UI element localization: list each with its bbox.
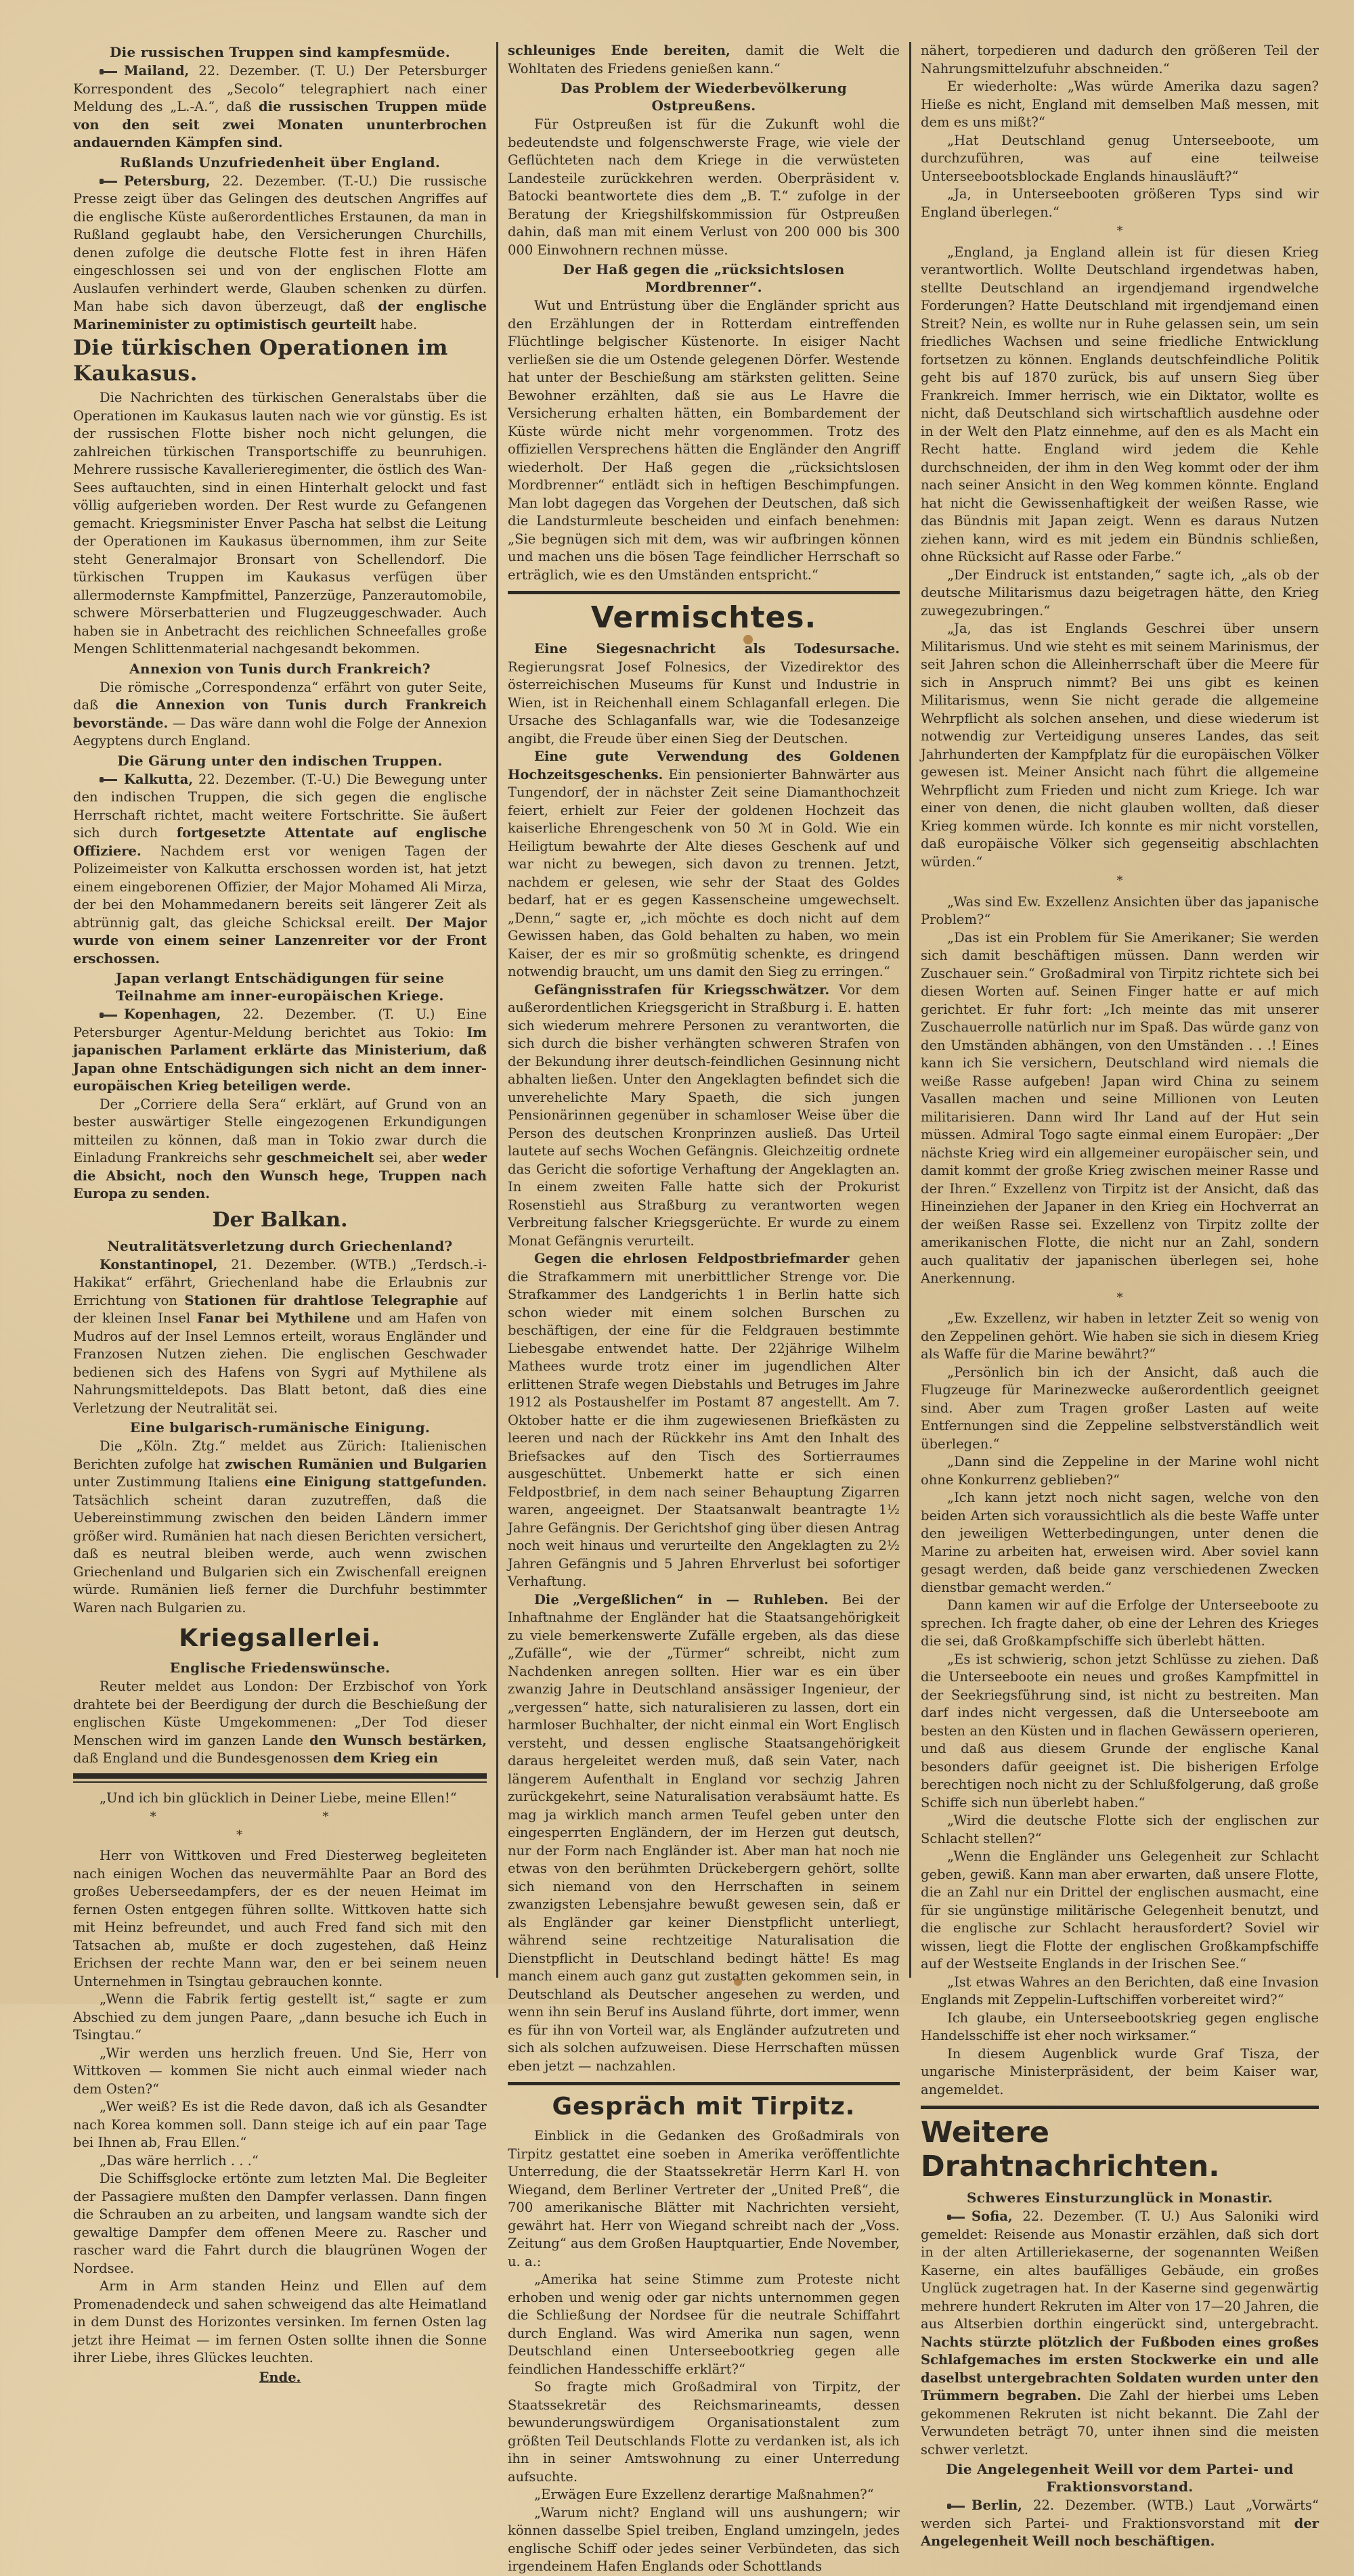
article-paragraph: „England, ja England allein ist für dies… xyxy=(921,244,1319,567)
article-headline: Der Haß gegen die „rücksichtslosen Mordb… xyxy=(508,261,900,296)
dateline-place: Kopenhagen, xyxy=(124,1006,221,1022)
article-paragraph: schleuniges Ende bereiten, damit die Wel… xyxy=(508,42,900,78)
text: Die Nachrichten des türkischen Generalst… xyxy=(73,390,487,657)
column-left: Die russischen Truppen sind kampfesmüde.… xyxy=(73,42,496,1978)
article-paragraph: „Hat Deutschland genug Unterseeboote, um… xyxy=(921,132,1319,186)
text: Vor dem außerordentlichen Kriegsgericht … xyxy=(508,982,900,1249)
section-title: Kriegsallerlei. xyxy=(73,1624,487,1653)
paper-stain xyxy=(734,1978,742,1986)
article-paragraph: „Wenn die Engländer uns Gelegenheit zur … xyxy=(921,1848,1319,1974)
text: Regierungsrat Josef Folnesics, der Vized… xyxy=(508,659,900,747)
article-headline: Die Gärung unter den indischen Truppen. xyxy=(73,752,487,770)
text: „Wenn die Engländer uns Gelegenheit zur … xyxy=(921,1848,1319,1972)
dateline-place: Kalkutta, xyxy=(124,772,193,787)
telegraph-key-icon xyxy=(100,179,120,184)
text: unter Zustimmung Italiens xyxy=(73,1474,265,1490)
article-paragraph: Die Nachrichten des türkischen Generalst… xyxy=(73,389,487,659)
text: „Wenn die Fabrik fertig gestellt ist,“ s… xyxy=(73,1991,487,2004)
column-right: nähert, torpedieren und dadurch den größ… xyxy=(909,42,1319,1978)
lead-in: Gefängnisstrafen für Kriegsschwätzer. xyxy=(534,982,829,998)
asterism: * xyxy=(921,1289,1319,1308)
column-middle: schleuniges Ende bereiten, damit die Wel… xyxy=(496,42,909,1978)
text: nähert, torpedieren und dadurch den größ… xyxy=(921,43,1319,76)
lead-in: Gegen die ehrlosen Feldpostbriefmarder xyxy=(534,1251,850,1266)
emphasis: Stationen für drahtlose Telegraphie xyxy=(185,1293,458,1308)
dateline-place: Mailand, xyxy=(124,63,189,79)
article-paragraph: Eine gute Verwendung des Goldenen Hochze… xyxy=(508,748,900,981)
text: „Persönlich bin ich der Ansicht, daß auc… xyxy=(921,1364,1319,1452)
text: 22. Dezember. (T.-U.) Die russische Pres… xyxy=(73,173,487,315)
text: Tatsächlich scheint daran zuzutreffen, d… xyxy=(73,1492,487,1616)
text: „Und ich bin glücklich in Deiner Liebe, … xyxy=(100,1790,457,1806)
text: „Das ist ein Problem für Sie Amerikaner;… xyxy=(921,930,1319,1287)
telegraph-key-icon xyxy=(100,777,120,782)
article-title: Die türkischen Operationen im Kaukasus. xyxy=(73,335,487,386)
article-paragraph: „Persönlich bin ich der Ansicht, daß auc… xyxy=(921,1364,1319,1454)
emphasis: geschmeichelt xyxy=(267,1150,374,1165)
text: Ein pensionierter Bahnwärter aus Tungend… xyxy=(508,767,900,980)
article-headline: Rußlands Unzufriedenheit über England. xyxy=(73,154,487,171)
article-paragraph: „Ew. Exzellenz, wir haben in letzter Zei… xyxy=(921,1310,1319,1364)
text: „Hat Deutschland genug Unterseeboote, um… xyxy=(921,133,1319,184)
text: habe. xyxy=(376,317,418,332)
telegraph-key-icon xyxy=(100,1013,120,1018)
article-headline: Annexion von Tunis durch Frankreich? xyxy=(73,660,487,678)
article-paragraph: „Das ist ein Problem für Sie Amerikaner;… xyxy=(921,929,1319,1288)
article-paragraph: nähert, torpedieren und dadurch den größ… xyxy=(921,42,1319,78)
text: „Dann sind die Zeppeline in der Marine w… xyxy=(921,1454,1319,1488)
article-paragraph: Die römische „Correspondenza“ erfährt vo… xyxy=(73,679,487,751)
article-paragraph: Die „Vergeßlichen“ in — Ruhleben. Bei de… xyxy=(508,1591,900,2005)
news-dispatch: Kalkutta, 22. Dezember. (T.-U.) Die Bewe… xyxy=(73,771,487,969)
article-paragraph: „Ich kann jetzt noch nicht sagen, welche… xyxy=(921,1489,1319,1597)
article-paragraph: Reuter meldet aus London: Der Erzbischof… xyxy=(73,1678,487,1768)
news-dispatch: Petersburg, 22. Dezember. (T.-U.) Die ru… xyxy=(73,173,487,334)
article-paragraph: „Der Eindruck ist entstanden,“ sagte ich… xyxy=(921,567,1319,621)
text: daß England und die Bundesgenossen xyxy=(73,1750,333,1766)
text: Wut und Entrüstung über die Engländer sp… xyxy=(508,298,900,583)
divider-rule xyxy=(73,1773,487,1783)
article-headline: Japan verlangt Entschädigungen für seine… xyxy=(73,969,487,1004)
article-paragraph: „Ja, in Unterseebooten größeren Typs sin… xyxy=(921,185,1319,221)
text: „Es ist schwierig, schon jetzt Schlüsse … xyxy=(921,1651,1319,1811)
article-paragraph: „Ist etwas Wahres an den Berichten, daß … xyxy=(921,1974,1319,2005)
article-paragraph: Der „Corriere della Sera“ erklärt, auf G… xyxy=(73,1096,487,1203)
dateline-place: Petersburg, xyxy=(124,173,211,189)
dateline-place: Konstantinopel, xyxy=(100,1257,217,1272)
article-paragraph: „Und ich bin glücklich in Deiner Liebe, … xyxy=(73,1790,487,1808)
section-title: Der Balkan. xyxy=(73,1207,487,1233)
lead-in: Eine Siegesnachricht als Todesursache. xyxy=(534,641,900,657)
article-paragraph: Die „Köln. Ztg.“ meldet aus Zürich: Ital… xyxy=(73,1438,487,1617)
asterism: * * * xyxy=(73,1808,487,1844)
article-paragraph: Gegen die ehrlosen Feldpostbriefmarder g… xyxy=(508,1250,900,1591)
lead-in: Die „Vergeßlichen“ in — Ruhleben. xyxy=(534,1592,829,1607)
text: Für Ostpreußen ist für die Zukunft wohl … xyxy=(508,116,900,258)
text: „Was sind Ew. Exzellenz Ansichten über d… xyxy=(921,894,1319,928)
text: gehen die Strafkammern mit unerbittliche… xyxy=(508,1251,900,1589)
article-paragraph: Dann kamen wir auf die Erfolge der Unter… xyxy=(921,1597,1319,1651)
text: „Der Eindruck ist entstanden,“ sagte ich… xyxy=(921,567,1319,619)
paper-stain xyxy=(743,635,753,644)
text: „Ich kann jetzt noch nicht sagen, welche… xyxy=(921,1490,1319,1595)
news-dispatch: Konstantinopel, 21. Dezember. (WTB.) „Te… xyxy=(73,1256,487,1418)
lead-in: schleuniges Ende bereiten, xyxy=(508,43,730,58)
article-headline: Das Problem der Wiederbevölkerung Ostpre… xyxy=(508,79,900,114)
article-paragraph: Herr von Wittkoven und Fred Diesterweg b… xyxy=(73,1847,487,1991)
divider-rule xyxy=(508,591,900,594)
text: und am Hafen von Mudros auf der Insel Le… xyxy=(73,1310,487,1416)
text: Bei der Inhaftnahme der Engländer hat di… xyxy=(508,1592,900,2005)
newspaper-page: Die russischen Truppen sind kampfesmüde.… xyxy=(73,42,1319,1978)
news-dispatch: Kopenhagen, 22. Dezember. (T. U.) Eine P… xyxy=(73,1006,487,1096)
text: „England, ja England allein ist für dies… xyxy=(921,244,1319,565)
article-paragraph: „Wenn die Fabrik fertig gestellt ist,“ s… xyxy=(73,1991,487,2004)
emphasis: dem Krieg ein xyxy=(333,1750,438,1766)
article-paragraph: Er wiederholte: „Was würde Amerika dazu … xyxy=(921,78,1319,132)
section-title: Vermischtes. xyxy=(508,601,900,635)
telegraph-key-icon xyxy=(100,69,120,74)
text: „Wird die deutsche Flotte sich der engli… xyxy=(921,1813,1319,1846)
text: Dann kamen wir auf die Erfolge der Unter… xyxy=(921,1597,1319,1649)
article-paragraph: „Ja, das ist Englands Geschrei über unse… xyxy=(921,620,1319,871)
text: Er wiederholte: „Was würde Amerika dazu … xyxy=(921,79,1319,130)
emphasis: zwischen Rumänien und Bulgarien xyxy=(225,1457,487,1472)
article-paragraph: „Es ist schwierig, schon jetzt Schlüsse … xyxy=(921,1651,1319,1813)
article-paragraph: Gefängnisstrafen für Kriegsschwätzer. Vo… xyxy=(508,981,900,1251)
text: „Ist etwas Wahres an den Berichten, daß … xyxy=(921,1974,1319,2005)
text: sei, aber xyxy=(374,1150,442,1165)
asterism: * xyxy=(921,872,1319,891)
article-headline: Die russischen Truppen sind kampfesmüde. xyxy=(73,43,487,61)
article-paragraph: „Dann sind die Zeppeline in der Marine w… xyxy=(921,1453,1319,1489)
article-paragraph: „Wird die deutsche Flotte sich der engli… xyxy=(921,1812,1319,1848)
article-headline: Englische Friedenswünsche. xyxy=(73,1659,487,1676)
text: „Ja, in Unterseebooten größeren Typs sin… xyxy=(921,186,1319,220)
article-paragraph: Eine Siegesnachricht als Todesursache. R… xyxy=(508,640,900,748)
emphasis: eine Einigung stattgefunden. xyxy=(265,1474,487,1490)
text: „Ja, das ist Englands Geschrei über unse… xyxy=(921,621,1319,870)
emphasis: Fanar bei Mythilene xyxy=(197,1310,350,1326)
news-dispatch: Mailand, 22. Dezember. (T. U.) Der Peter… xyxy=(73,62,487,152)
article-paragraph: „Was sind Ew. Exzellenz Ansichten über d… xyxy=(921,893,1319,929)
asterism: * xyxy=(921,223,1319,241)
article-paragraph: Für Ostpreußen ist für die Zukunft wohl … xyxy=(508,116,900,259)
text: „Ew. Exzellenz, wir haben in letzter Zei… xyxy=(921,1310,1319,1362)
article-paragraph: Wut und Entrüstung über die Engländer sp… xyxy=(508,297,900,584)
article-headline: Eine bulgarisch-rumänische Einigung. xyxy=(73,1419,487,1436)
article-headline: Neutralitätsverletzung durch Griechenlan… xyxy=(73,1237,487,1255)
text: Herr von Wittkoven und Fred Diesterweg b… xyxy=(73,1848,487,1989)
emphasis: den Wunsch bestärken, xyxy=(309,1733,487,1748)
